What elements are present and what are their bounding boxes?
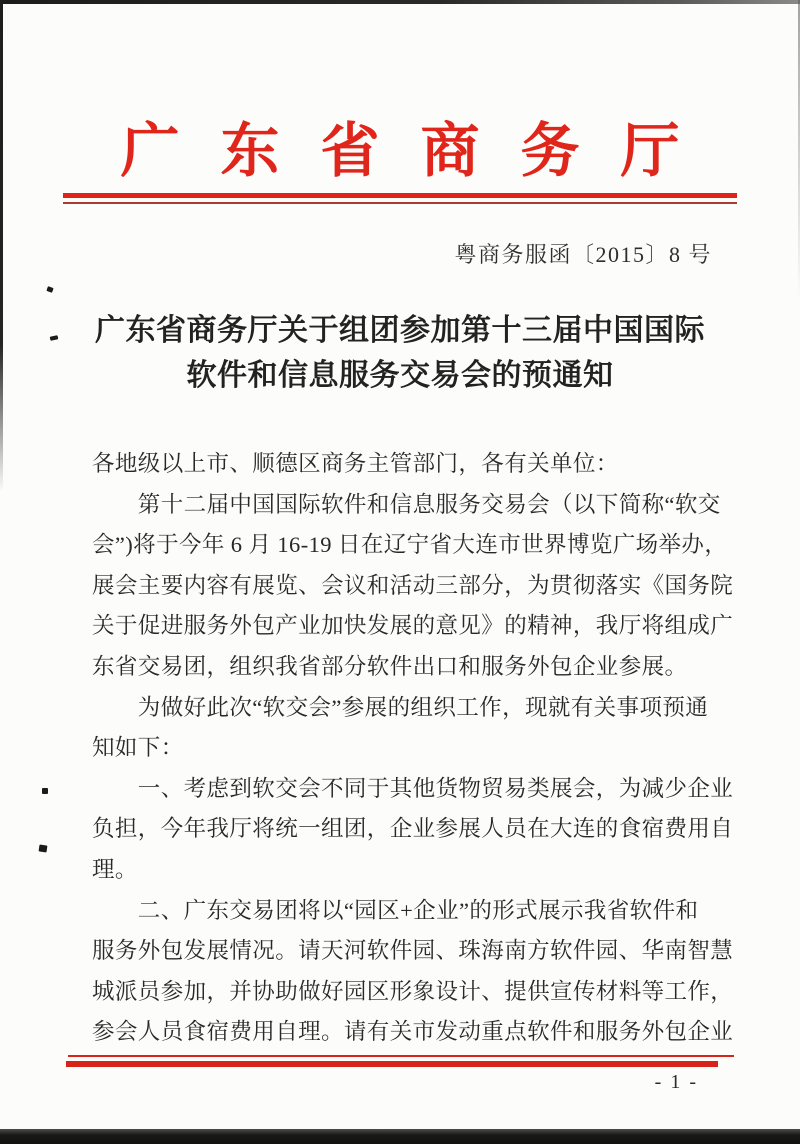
body-line: 理。: [92, 850, 714, 891]
scan-edge-bottom: [0, 1129, 800, 1144]
document-title-line-2: 软件和信息服务交易会的预通知: [50, 353, 750, 398]
letterhead-separator-thick-line: [63, 193, 737, 198]
document-reference-number: 粤商务服函〔2015〕8 号: [454, 238, 712, 269]
body-line: 城派员参加，并协助做好园区形象设计、提供宣传材料等工作，: [92, 972, 714, 1013]
body-line: 会”)将于今年 6 月 16-19 日在辽宁省大连市世界博览广场举办，: [92, 525, 714, 566]
body-line: 东省交易团，组织我省部分软件出口和服务外包企业参展。: [92, 647, 714, 688]
footer-separator-thick-line: [66, 1061, 718, 1067]
footer-separator-thin-line: [68, 1055, 734, 1057]
body-line: 为做好此次“软交会”参展的组织工作，现就有关事项预通: [92, 688, 714, 729]
scan-edge-left: [0, 0, 3, 492]
body-line: 展会主要内容有展览、会议和活动三部分，为贯彻落实《国务院: [92, 566, 714, 607]
scan-speck: [42, 788, 48, 794]
document-title-line-1: 广东省商务厅关于组团参加第十三届中国国际: [50, 308, 750, 353]
body-line: 参会人员食宿费用自理。请有关市发动重点软件和服务外包企业: [92, 1012, 714, 1053]
document-body: 各地级以上市、顺德区商务主管部门，各有关单位： 第十二届中国国际软件和信息服务交…: [92, 444, 714, 1053]
document-title: 广东省商务厅关于组团参加第十三届中国国际 软件和信息服务交易会的预通知: [50, 308, 750, 398]
scanned-document-page: 广东省商务厅 粤商务服函〔2015〕8 号 广东省商务厅关于组团参加第十三届中国…: [0, 0, 800, 1144]
body-line: 二、广东交易团将以“园区+企业”的形式展示我省软件和: [92, 891, 714, 932]
body-line: 负担，今年我厅将统一组团，企业参展人员在大连的食宿费用自: [92, 809, 714, 850]
letterhead-separator-thin-line: [63, 202, 737, 204]
page-number: - 1 -: [655, 1071, 698, 1094]
scan-speck: [46, 286, 53, 293]
body-line: 知如下：: [92, 728, 714, 769]
body-line: 各地级以上市、顺德区商务主管部门，各有关单位：: [92, 444, 714, 485]
body-line: 服务外包发展情况。请天河软件园、珠海南方软件园、华南智慧: [92, 931, 714, 972]
body-line: 第十二届中国国际软件和信息服务交易会（以下简称“软交: [92, 485, 714, 526]
scan-edge-top: [0, 0, 800, 4]
body-line: 关于促进服务外包产业加快发展的意见》的精神，我厅将组成广: [92, 606, 714, 647]
body-line: 一、考虑到软交会不同于其他货物贸易类展会，为减少企业: [92, 769, 714, 810]
scan-speck: [39, 844, 48, 852]
letterhead-org-name: 广东省商务厅: [0, 103, 800, 188]
